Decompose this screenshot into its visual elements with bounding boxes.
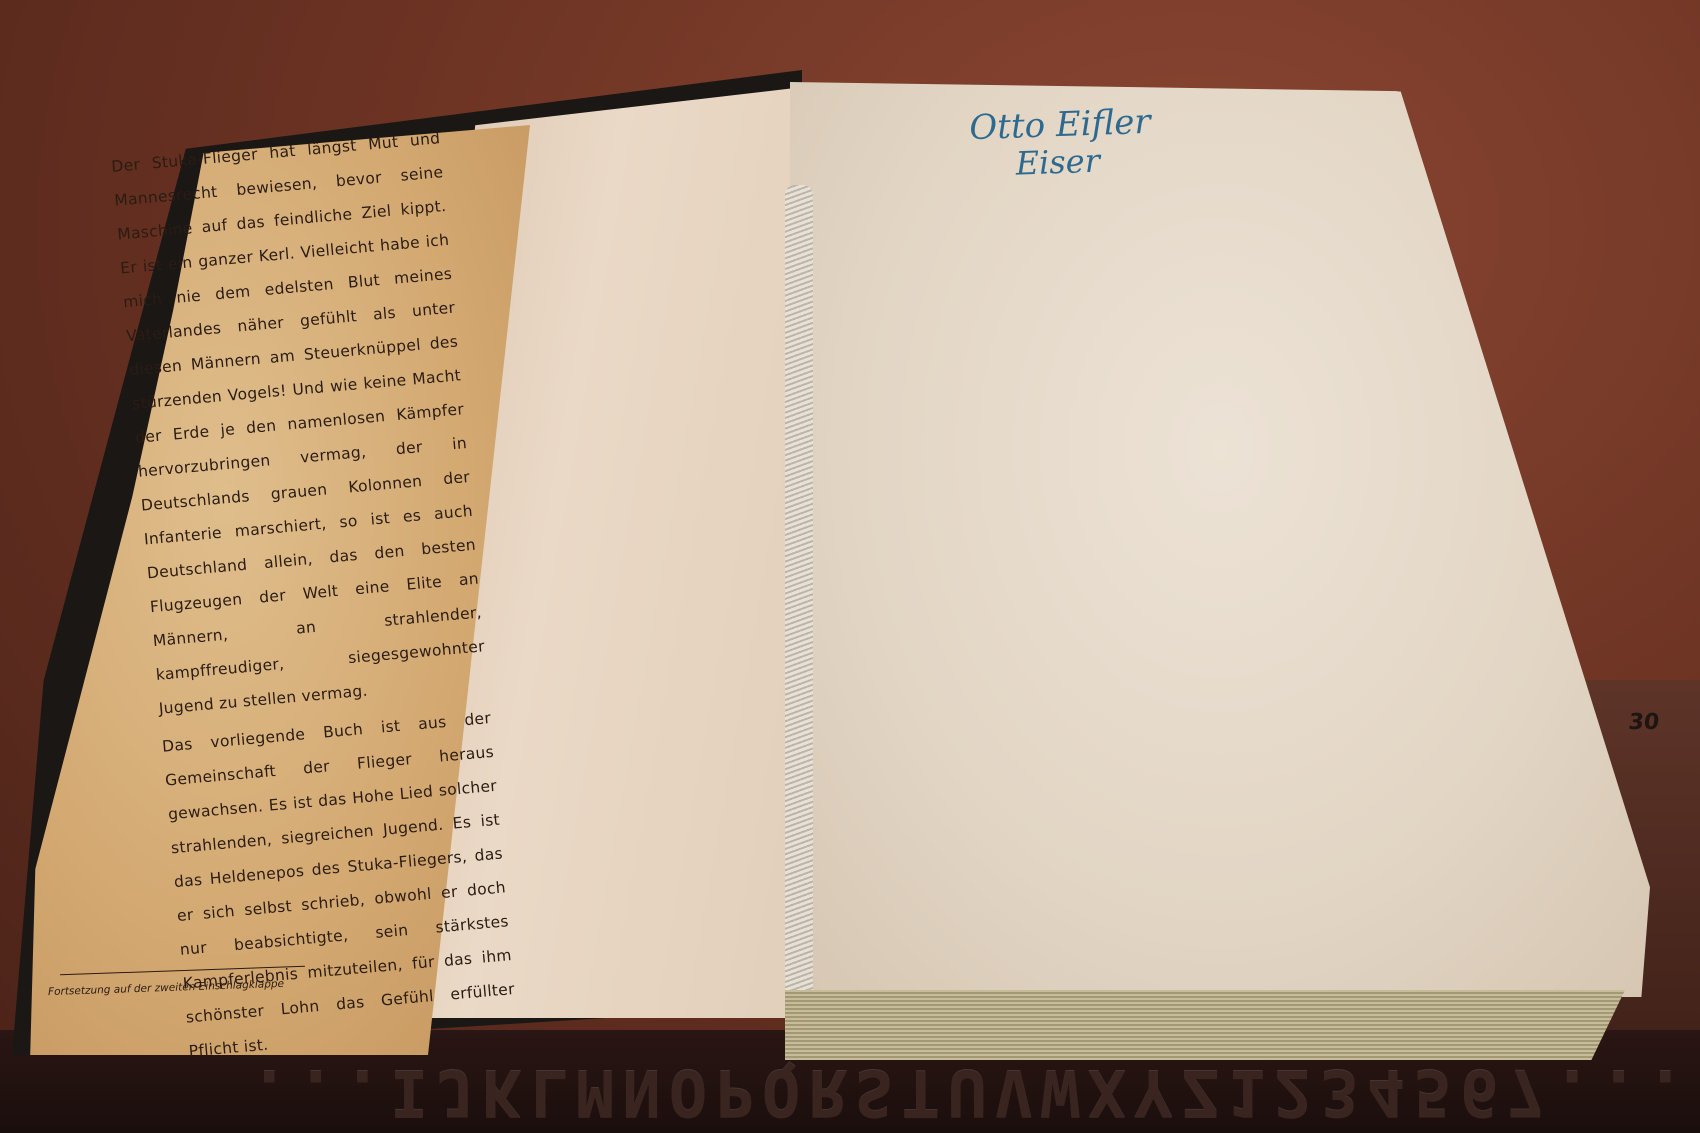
flap-paragraph-2: Das vorliegende Buch ist aus der Gemeins… — [161, 701, 519, 1068]
page-block-edge — [785, 990, 1625, 1060]
inscription-line-2: Eiser — [1015, 140, 1152, 183]
inscription-line-1: Otto Eifler — [969, 102, 1152, 148]
flap-paragraph-1: Der Stuka-Flieger hat längst Mut und Man… — [110, 121, 489, 726]
ruler-number: 30 — [1627, 710, 1660, 735]
stencil-letters: ...IJKLMNOPQRSTUVWXYZ1234567... — [250, 1055, 1692, 1129]
photo-scene: 30 ...IJKLMNOPQRSTUVWXYZ1234567... Der S… — [0, 0, 1700, 1133]
handwritten-inscription: Otto Eifler Eiser — [969, 102, 1153, 184]
torn-hinge-mesh — [785, 185, 813, 1015]
